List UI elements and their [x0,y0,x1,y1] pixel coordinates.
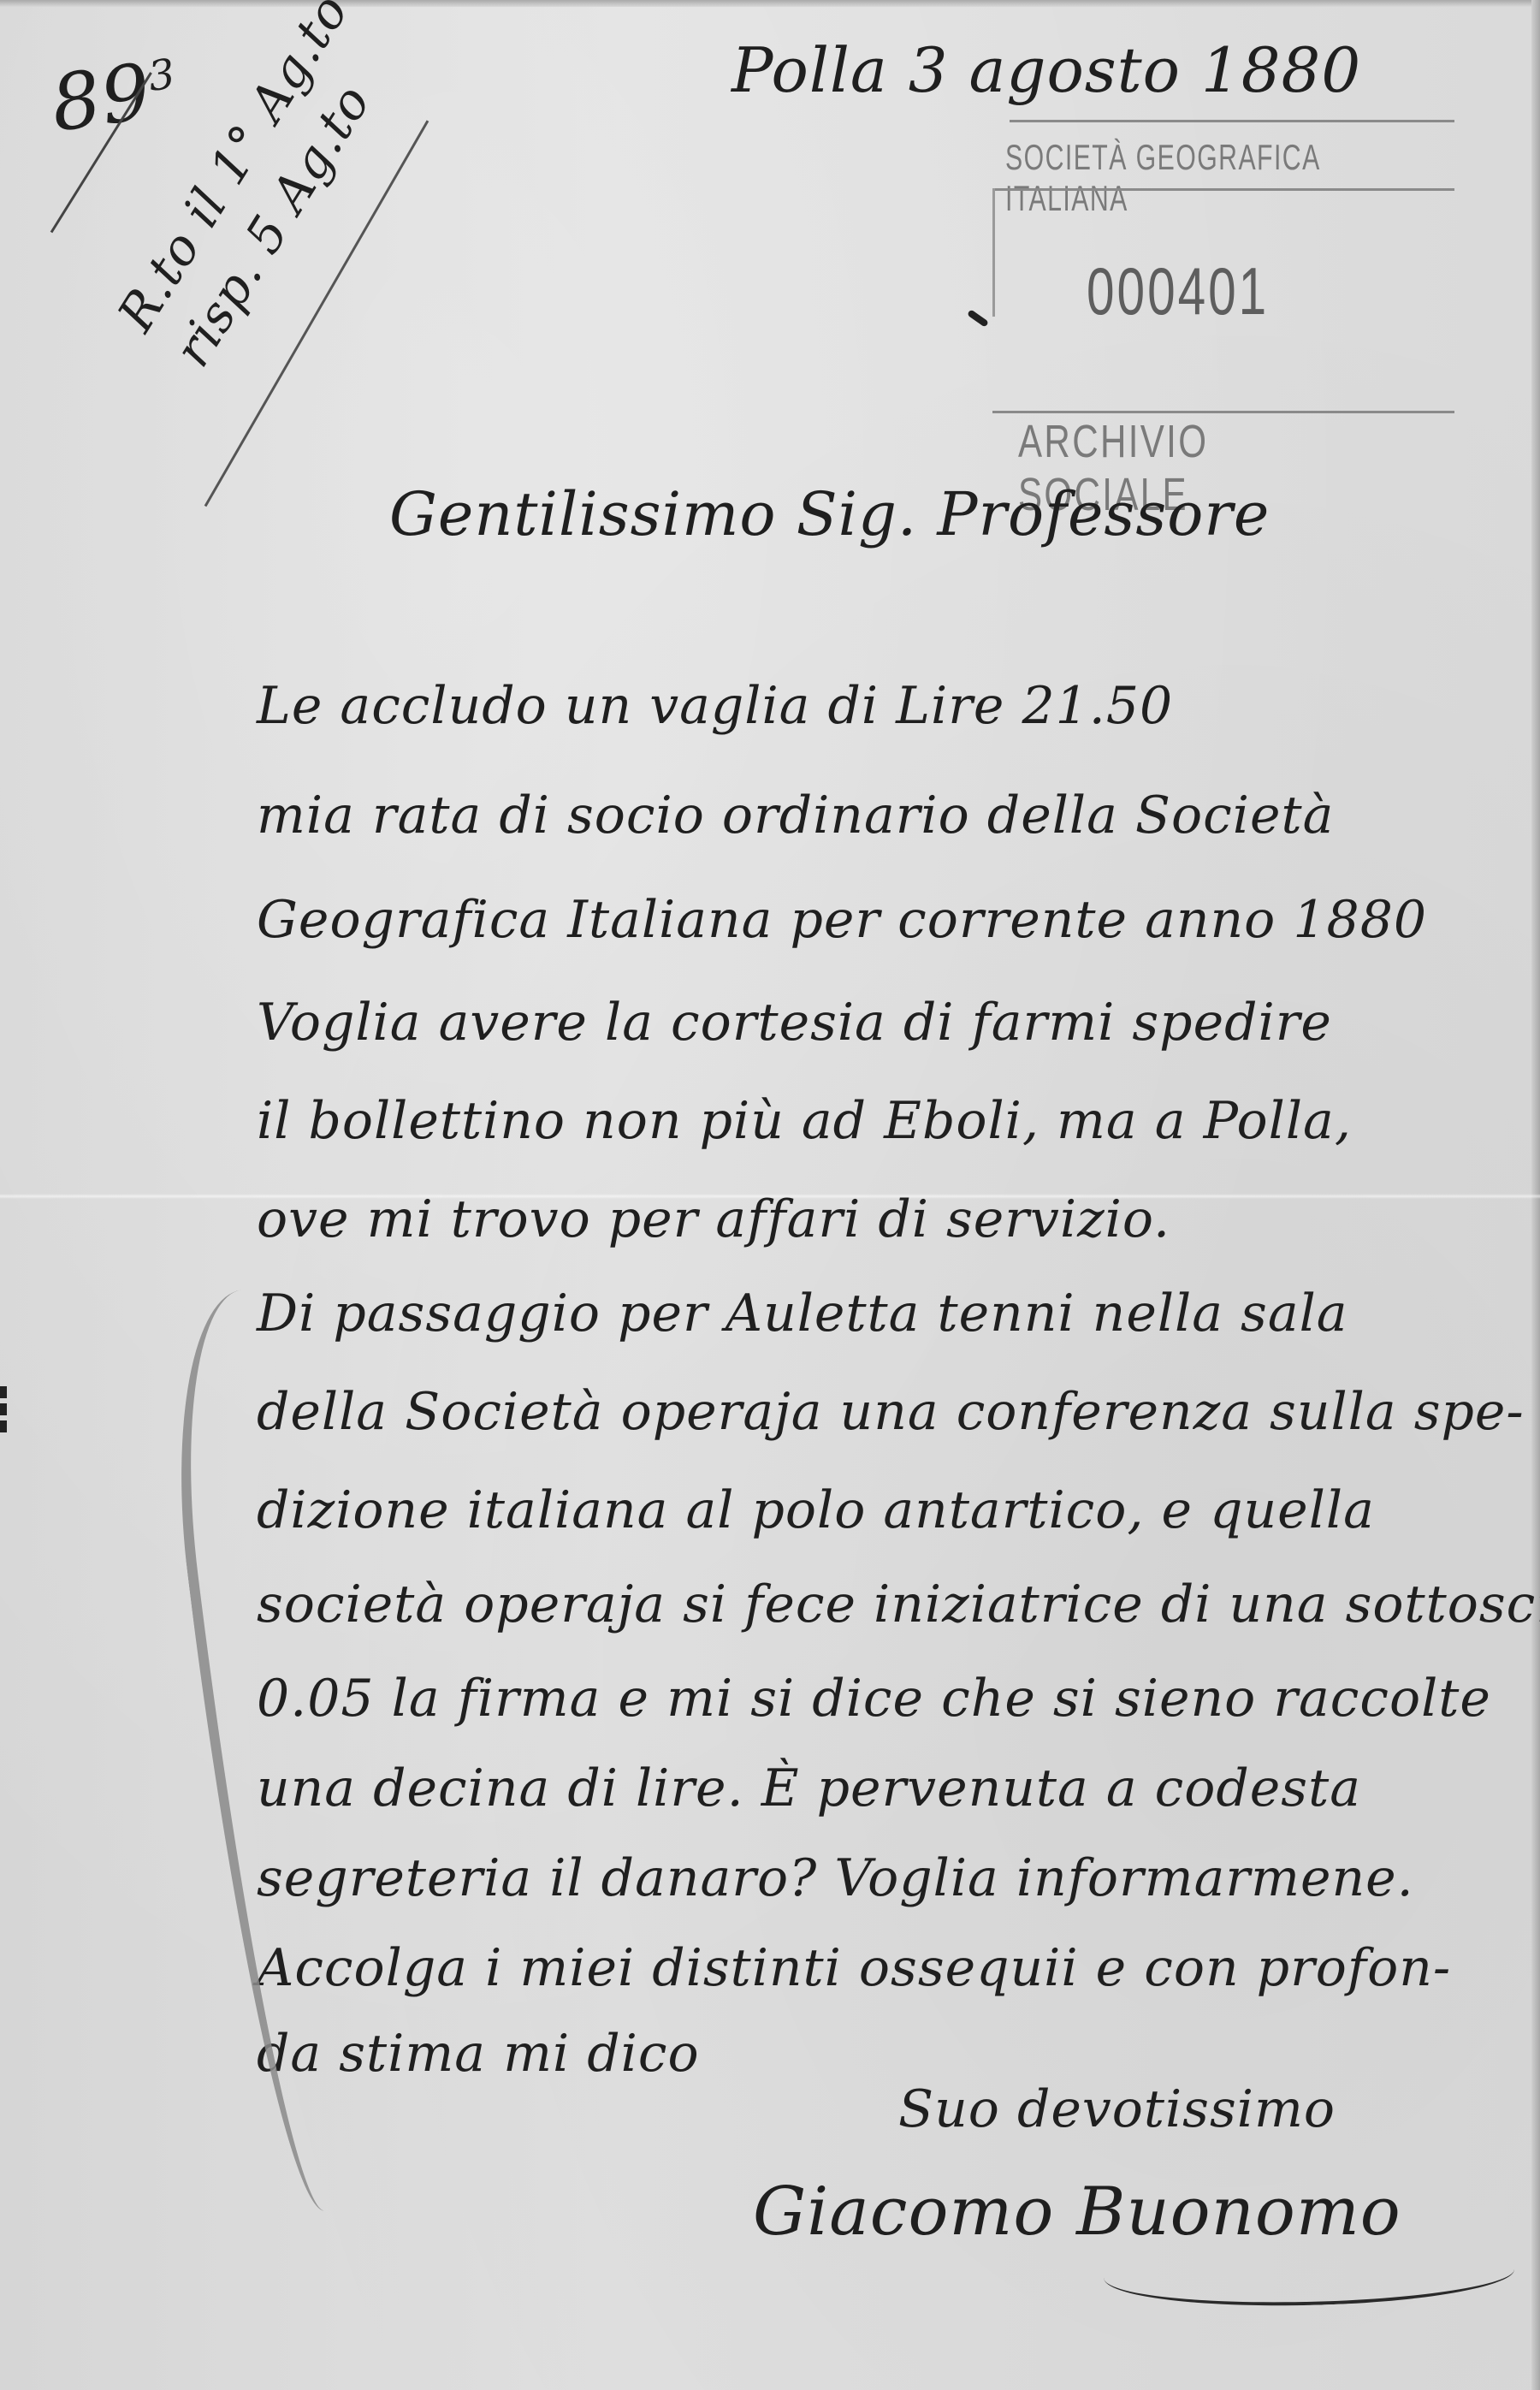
body-line: segreteria il danaro? Voglia informarmen… [257,1848,1414,1908]
body-line: mia rata di socio ordinario della Societ… [257,786,1334,845]
catalog-number: 893 [45,43,183,150]
ink-mark [967,309,989,327]
stamp-number: 000401 [1087,252,1269,330]
body-line: dizione italiana al polo antartico, e qu… [257,1480,1375,1540]
body-line: il bollettino non più ad Eboli, ma a Pol… [257,1091,1352,1151]
body-line: una decina di lire. È pervenuta a codest… [257,1758,1361,1818]
salutation: Gentilissimo Sig. Professore [389,479,1270,549]
place-date: Polla 3 agosto 1880 [731,34,1361,106]
stamp-rule [992,188,995,317]
catalog-number-value: 89 [45,47,157,150]
binding-marks [0,1386,7,1438]
body-line: Geografica Italiana per corrente anno 18… [257,890,1427,950]
body-line: società operaja si fece iniziatrice di u… [257,1575,1540,1634]
body-line: 0.05 la firma e mi si dice che si sieno … [257,1669,1491,1729]
stamp-rule [1010,120,1454,122]
stamp-organization: SOCIETÀ GEOGRAFICA ITALIANA [1005,137,1329,219]
body-line: ove mi trovo per affari di servizio. [257,1189,1170,1249]
closing: Suo devotissimo [898,2079,1336,2139]
signature: Giacomo Buonomo [753,2174,1401,2251]
signature-flourish [1103,2235,1515,2313]
stamp-rule [992,188,1454,191]
page-top-edge [0,0,1540,7]
body-line: Voglia avere la cortesia di farmi spedir… [257,993,1332,1053]
archive-stamp: SOCIETÀ GEOGRAFICA ITALIANA 000401 ARCHI… [992,120,1454,462]
stamp-rule [992,411,1454,413]
body-line: della Società operaja una conferenza sul… [257,1382,1525,1442]
body-line: Di passaggio per Auletta tenni nella sal… [257,1284,1348,1343]
body-line: Accolga i miei distinti ossequii e con p… [257,1938,1451,1998]
body-line: Le accludo un vaglia di Lire 21.50 [257,676,1173,736]
